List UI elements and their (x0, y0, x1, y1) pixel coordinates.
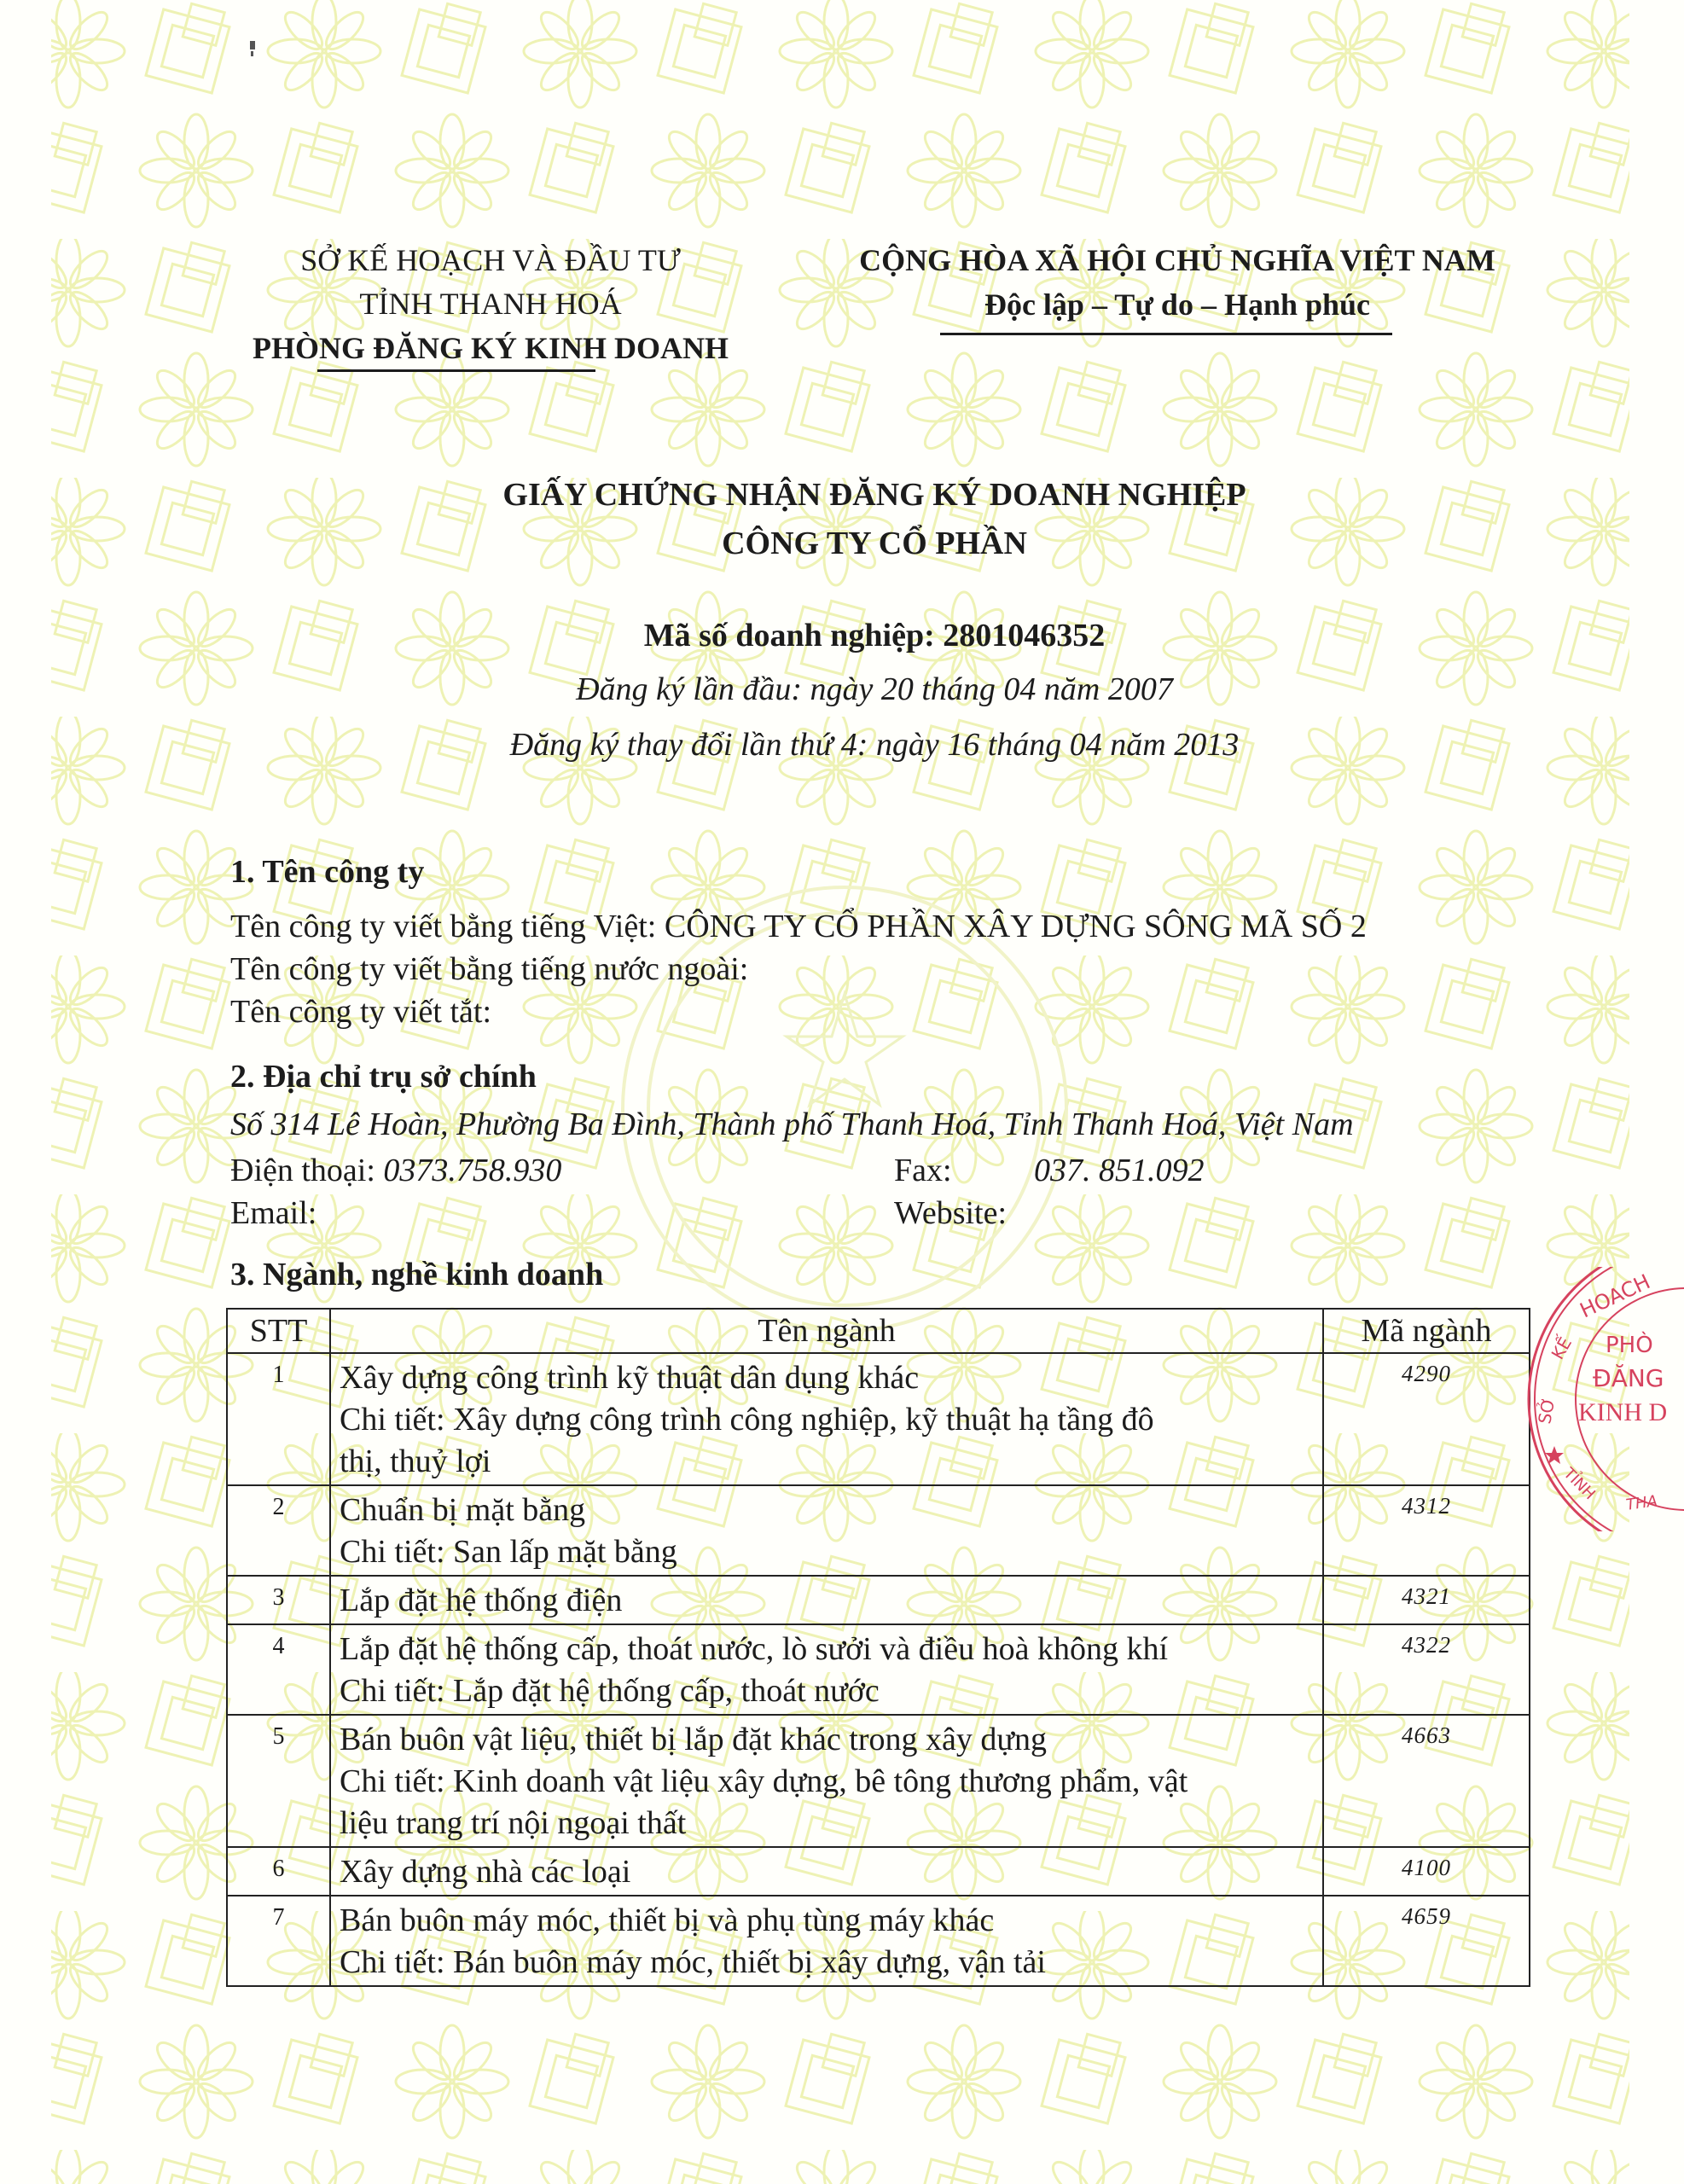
section-2-title: 2. Địa chỉ trụ sở chính (230, 1058, 1544, 1106)
document-title: GIẤY CHỨNG NHẬN ĐĂNG KÝ DOANH NGHIỆP CÔN… (341, 476, 1408, 562)
row-industry-code: 4100 (1323, 1847, 1530, 1896)
svg-text:ĐĂNG: ĐĂNG (1593, 1363, 1664, 1392)
section-3-title: 3. Ngành, nghề kinh doanh (230, 1256, 603, 1293)
fax-label: Fax: (894, 1152, 952, 1189)
row-industry-name: Xây dựng công trình kỹ thuật dân dụng kh… (330, 1353, 1323, 1485)
certificate-title: GIẤY CHỨNG NHẬN ĐĂNG KÝ DOANH NGHIỆP (341, 476, 1408, 525)
business-lines-table: STT Tên ngành Mã ngành 1Xây dựng công tr… (226, 1308, 1530, 1987)
row-stt: 3 (227, 1576, 330, 1624)
row-industry-code: 4321 (1323, 1576, 1530, 1624)
vietnamese-name-value: CÔNG TY CỔ PHẦN XÂY DỰNG SÔNG MÃ SỐ 2 (665, 909, 1367, 944)
phone-fax-row: Điện thoại: 0373.758.930 Fax: 037. 851.0… (230, 1152, 1544, 1194)
phone-label: Điện thoại: (230, 1153, 375, 1188)
phone-value: 0373.758.930 (383, 1153, 561, 1188)
agency-header: SỞ KẾ HOẠCH VÀ ĐẦU TƯ TỈNH THANH HOÁ PHÒ… (222, 245, 759, 363)
row-industry-code: 4663 (1323, 1715, 1530, 1847)
industry-detail: Chi tiết: San lấp mặt bằng (340, 1531, 1314, 1573)
row-industry-name: Bán buôn vật liệu, thiết bị lắp đặt khác… (330, 1715, 1323, 1847)
agency-province: TỈNH THANH HOÁ (222, 288, 759, 333)
industry-title: Chuẩn bị mặt bằng (340, 1490, 1314, 1531)
vietnamese-name-row: Tên công ty viết bằng tiếng Việt: CÔNG T… (230, 908, 1367, 950)
svg-text:KINH D: KINH D (1578, 1398, 1667, 1426)
svg-text:PHÒ: PHÒ (1606, 1331, 1653, 1358)
industry-title: Bán buôn máy móc, thiết bị và phụ tùng m… (340, 1900, 1314, 1942)
industry-detail: Chi tiết: Kinh doanh vật liệu xây dựng, … (340, 1761, 1314, 1803)
industry-detail: liệu trang trí nội ngoại thất (340, 1803, 1314, 1844)
table-row: 2Chuẩn bị mặt bằngChi tiết: San lấp mặt … (227, 1485, 1530, 1576)
registration-info: Mã số doanh nghiệp: 2801046352 Đăng ký l… (341, 617, 1408, 764)
row-stt: 2 (227, 1485, 330, 1576)
industry-detail: thị, thuỷ lợi (340, 1441, 1314, 1483)
table-row: 7Bán buôn máy móc, thiết bị và phụ tùng … (227, 1896, 1530, 1986)
table-row: 4Lắp đặt hệ thống cấp, thoát nước, lò sư… (227, 1624, 1530, 1715)
agency-office: PHÒNG ĐĂNG KÝ KINH DOANH (222, 333, 759, 363)
business-lines-body: 1Xây dựng công trình kỹ thuật dân dụng k… (227, 1353, 1530, 1986)
row-industry-code: 4290 (1323, 1353, 1530, 1485)
row-industry-name: Lắp đặt hệ thống cấp, thoát nước, lò sưở… (330, 1624, 1323, 1715)
industry-title: Xây dựng công trình kỹ thuật dân dụng kh… (340, 1357, 1314, 1399)
row-industry-name: Lắp đặt hệ thống điện (330, 1576, 1323, 1624)
change-registration-date: Đăng ký thay đổi lần thứ 4: ngày 16 thán… (341, 726, 1408, 764)
column-header-code: Mã ngành (1323, 1309, 1530, 1353)
section-1-title: 1. Tên công ty (230, 853, 1367, 908)
svg-text:SỞ: SỞ (1533, 1396, 1559, 1426)
fax-value: 037. 851.092 (1034, 1152, 1205, 1189)
row-industry-name: Chuẩn bị mặt bằngChi tiết: San lấp mặt b… (330, 1485, 1323, 1576)
row-stt: 5 (227, 1715, 330, 1847)
svg-text:TỈNH: TỈNH (1559, 1463, 1600, 1504)
vietnamese-name-label: Tên công ty viết bằng tiếng Việt: (230, 909, 656, 944)
row-stt: 1 (227, 1353, 330, 1485)
first-registration-date: Đăng ký lần đầu: ngày 20 tháng 04 năm 20… (341, 671, 1408, 726)
national-name: CỘNG HÒA XÃ HỘI CHỦ NGHĨA VIỆT NAM (832, 245, 1523, 289)
website-label: Website: (894, 1194, 1007, 1232)
motto-underline (940, 333, 1392, 335)
row-stt: 6 (227, 1847, 330, 1896)
svg-text:KẾ: KẾ (1547, 1333, 1577, 1362)
column-header-name: Tên ngành (330, 1309, 1323, 1353)
industry-detail: Chi tiết: Bán buôn máy móc, thiết bị xây… (340, 1942, 1314, 1984)
industry-title: Lắp đặt hệ thống điện (340, 1580, 1314, 1622)
table-row: 5Bán buôn vật liệu, thiết bị lắp đặt khá… (227, 1715, 1530, 1847)
national-header: CỘNG HÒA XÃ HỘI CHỦ NGHĨA VIỆT NAM Độc l… (832, 245, 1523, 320)
row-industry-name: Bán buôn máy móc, thiết bị và phụ tùng m… (330, 1896, 1323, 1986)
table-row: 1Xây dựng công trình kỹ thuật dân dụng k… (227, 1353, 1530, 1485)
email-label: Email: (230, 1195, 316, 1231)
industry-title: Xây dựng nhà các loại (340, 1851, 1314, 1893)
short-name-label: Tên công ty viết tắt: (230, 993, 1367, 1031)
national-motto: Độc lập – Tự do – Hạnh phúc (832, 289, 1523, 320)
row-industry-name: Xây dựng nhà các loại (330, 1847, 1323, 1896)
foreign-name-label: Tên công ty viết bằng tiếng nước ngoài: (230, 950, 1367, 993)
company-type: CÔNG TY CỔ PHẦN (341, 525, 1408, 562)
industry-title: Bán buôn vật liệu, thiết bị lắp đặt khác… (340, 1719, 1314, 1761)
enterprise-code: Mã số doanh nghiệp: 2801046352 (341, 617, 1408, 671)
industry-title: Lắp đặt hệ thống cấp, thoát nước, lò sưở… (340, 1629, 1314, 1670)
industry-detail: Chi tiết: Xây dựng công trình công nghiệ… (340, 1399, 1314, 1441)
table-row: 6Xây dựng nhà các loại4100 (227, 1847, 1530, 1896)
section-company-name: 1. Tên công ty Tên công ty viết bằng tiế… (230, 853, 1367, 1031)
svg-text:THA: THA (1625, 1492, 1658, 1514)
official-seal-stamp: HOACH PHÒ ĐĂNG KINH D SỞ KẾ TỈNH THA (1503, 1267, 1684, 1531)
table-row: 3Lắp đặt hệ thống điện4321 (227, 1576, 1530, 1624)
row-industry-code: 4312 (1323, 1485, 1530, 1576)
row-stt: 4 (227, 1624, 330, 1715)
agency-department: SỞ KẾ HOẠCH VÀ ĐẦU TƯ (222, 245, 759, 288)
row-stt: 7 (227, 1896, 330, 1986)
agency-underline (317, 369, 595, 372)
industry-detail: Chi tiết: Lắp đặt hệ thống cấp, thoát nư… (340, 1670, 1314, 1712)
column-header-stt: STT (227, 1309, 330, 1353)
section-address: 2. Địa chỉ trụ sở chính Số 314 Lê Hoàn, … (230, 1058, 1544, 1232)
headquarters-address: Số 314 Lê Hoàn, Phường Ba Đình, Thành ph… (230, 1106, 1544, 1152)
table-header-row: STT Tên ngành Mã ngành (227, 1309, 1530, 1353)
email-website-row: Email: Website: (230, 1194, 1544, 1232)
row-industry-code: 4659 (1323, 1896, 1530, 1986)
row-industry-code: 4322 (1323, 1624, 1530, 1715)
